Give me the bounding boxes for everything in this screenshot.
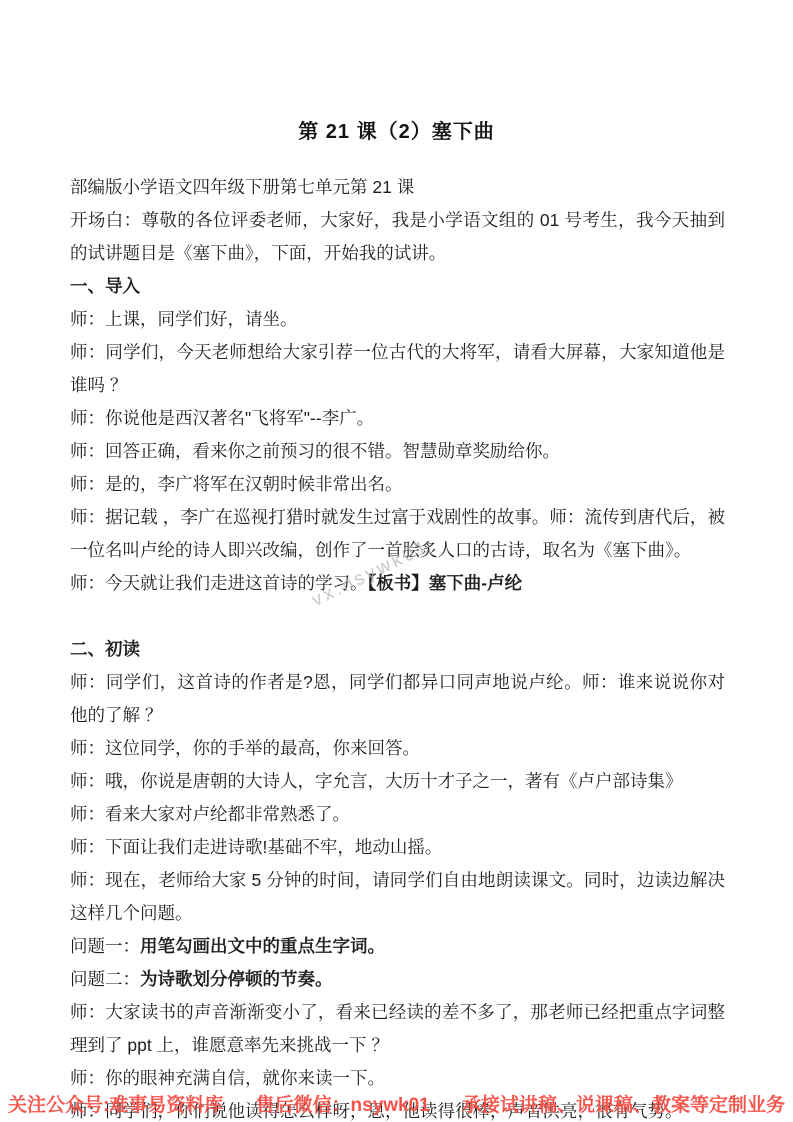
text-line: 部编版小学语文四年级下册第七单元第 21 课 [70, 171, 725, 204]
text-segment: 师：大家读书的声音渐渐变小了，看来已经读的差不多了，那老师已经把重点字词整理到了… [70, 1002, 725, 1055]
text-line: 师：看来大家对卢纶都非常熟悉了。 [70, 798, 725, 831]
text-segment: 师：你的眼神充满自信，就你来读一下。 [70, 1068, 385, 1088]
text-segment: 师：据记载 ，李广在巡视打猎时就发生过富于戏剧性的故事。师：流传到唐代后，被一位… [70, 507, 725, 560]
bold-text-segment: 二、初读 [70, 639, 140, 659]
text-segment: 问题一： [70, 936, 140, 956]
document-body: 部编版小学语文四年级下册第七单元第 21 课开场白：尊敬的各位评委老师，大家好，… [70, 171, 725, 1122]
text-line: 师：据记载 ，李广在巡视打猎时就发生过富于戏剧性的故事。师：流传到唐代后，被一位… [70, 501, 725, 567]
text-segment: 问题二： [70, 969, 140, 989]
text-segment: 师：哦，你说是唐朝的大诗人，字允言，大历十才子之一，著有《卢户部诗集》 [70, 771, 683, 791]
section-heading: 二、初读 [70, 633, 725, 666]
footer-segment-2: 售后微信：nsywk01 [256, 1090, 430, 1117]
text-segment: 师：这位同学，你的手举的最高，你来回答。 [70, 738, 420, 758]
text-line: 师：回答正确，看来你之前预习的很不错。智慧勋章奖励给你。 [70, 435, 725, 468]
text-segment: 师：现在，老师给大家 5 分钟的时间，请同学们自由地朗读课文。同时，边读边解决这… [70, 870, 725, 923]
text-line: 师：哦，你说是唐朝的大诗人，字允言，大历十才子之一，著有《卢户部诗集》 [70, 765, 725, 798]
section-heading: 一、导入 [70, 270, 725, 303]
text-segment: 师：同学们，今天老师想给大家引荐一位古代的大将军，请看大屏幕，大家知道他是谁吗 … [70, 342, 725, 395]
text-segment: 开场白：尊敬的各位评委老师，大家好，我是小学语文组的 01 号考生，我今天抽到的… [70, 210, 725, 263]
text-segment: 师：今天就让我们走进这首诗的学习。 [70, 573, 368, 593]
text-line: 问题二：为诗歌划分停顿的节奏。 [70, 963, 725, 996]
document-page: 第 21 课（2）塞下曲 部编版小学语文四年级下册第七单元第 21 课开场白：尊… [0, 0, 793, 1122]
text-line: 开场白：尊敬的各位评委老师，大家好，我是小学语文组的 01 号考生，我今天抽到的… [70, 204, 725, 270]
text-segment: 师：下面让我们走进诗歌!基础不牢，地动山摇。 [70, 837, 442, 857]
text-line: 师：这位同学，你的手举的最高，你来回答。 [70, 732, 725, 765]
text-segment: 师：看来大家对卢纶都非常熟悉了。 [70, 804, 350, 824]
bold-text-segment: 为诗歌划分停顿的节奏。 [140, 969, 333, 989]
text-line: 师：下面让我们走进诗歌!基础不牢，地动山摇。 [70, 831, 725, 864]
text-line: 问题一：用笔勾画出文中的重点生字词。 [70, 930, 725, 963]
bold-text-segment: 【板书】塞下曲-卢纶 [368, 573, 523, 593]
text-segment: 师：上课，同学们好，请坐。 [70, 309, 298, 329]
bold-text-segment: 用笔勾画出文中的重点生字词。 [140, 936, 385, 956]
bold-text-segment: 一、导入 [70, 276, 140, 296]
footer-promo-bar: 关注公众号:难事易资料库售后微信：nsywk01承接试讲稿、说课稿、教案等定制业… [8, 1090, 785, 1117]
text-line: 师：大家读书的声音渐渐变小了，看来已经读的差不多了，那老师已经把重点字词整理到了… [70, 996, 725, 1062]
text-segment: 师：是的，李广将军在汉朝时候非常出名。 [70, 474, 403, 494]
text-line: 师：是的，李广将军在汉朝时候非常出名。 [70, 468, 725, 501]
text-segment: 师：同学们，这首诗的作者是?恩，同学们都异口同声地说卢纶。师：谁来说说你对他的了… [70, 672, 725, 725]
footer-segment-3: 承接试讲稿、说课稿、教案等定制业务 [462, 1090, 785, 1117]
text-line: 师：上课，同学们好，请坐。 [70, 303, 725, 336]
text-segment: 师：回答正确，看来你之前预习的很不错。智慧勋章奖励给你。 [70, 441, 560, 461]
text-line: 师：同学们，这首诗的作者是?恩，同学们都异口同声地说卢纶。师：谁来说说你对他的了… [70, 666, 725, 732]
footer-segment-1: 关注公众号:难事易资料库 [8, 1090, 223, 1117]
text-line: 师：你说他是西汉著名"飞将军"--李广。 [70, 402, 725, 435]
text-line: 师：同学们，今天老师想给大家引荐一位古代的大将军，请看大屏幕，大家知道他是谁吗 … [70, 336, 725, 402]
text-segment: 师：你说他是西汉著名"飞将军"--李广。 [70, 408, 374, 428]
text-line: 师：今天就让我们走进这首诗的学习。【板书】塞下曲-卢纶 [70, 567, 725, 600]
text-segment: 部编版小学语文四年级下册第七单元第 21 课 [70, 177, 414, 197]
document-title: 第 21 课（2）塞下曲 [0, 115, 793, 144]
text-line: 师：现在，老师给大家 5 分钟的时间，请同学们自由地朗读课文。同时，边读边解决这… [70, 864, 725, 930]
